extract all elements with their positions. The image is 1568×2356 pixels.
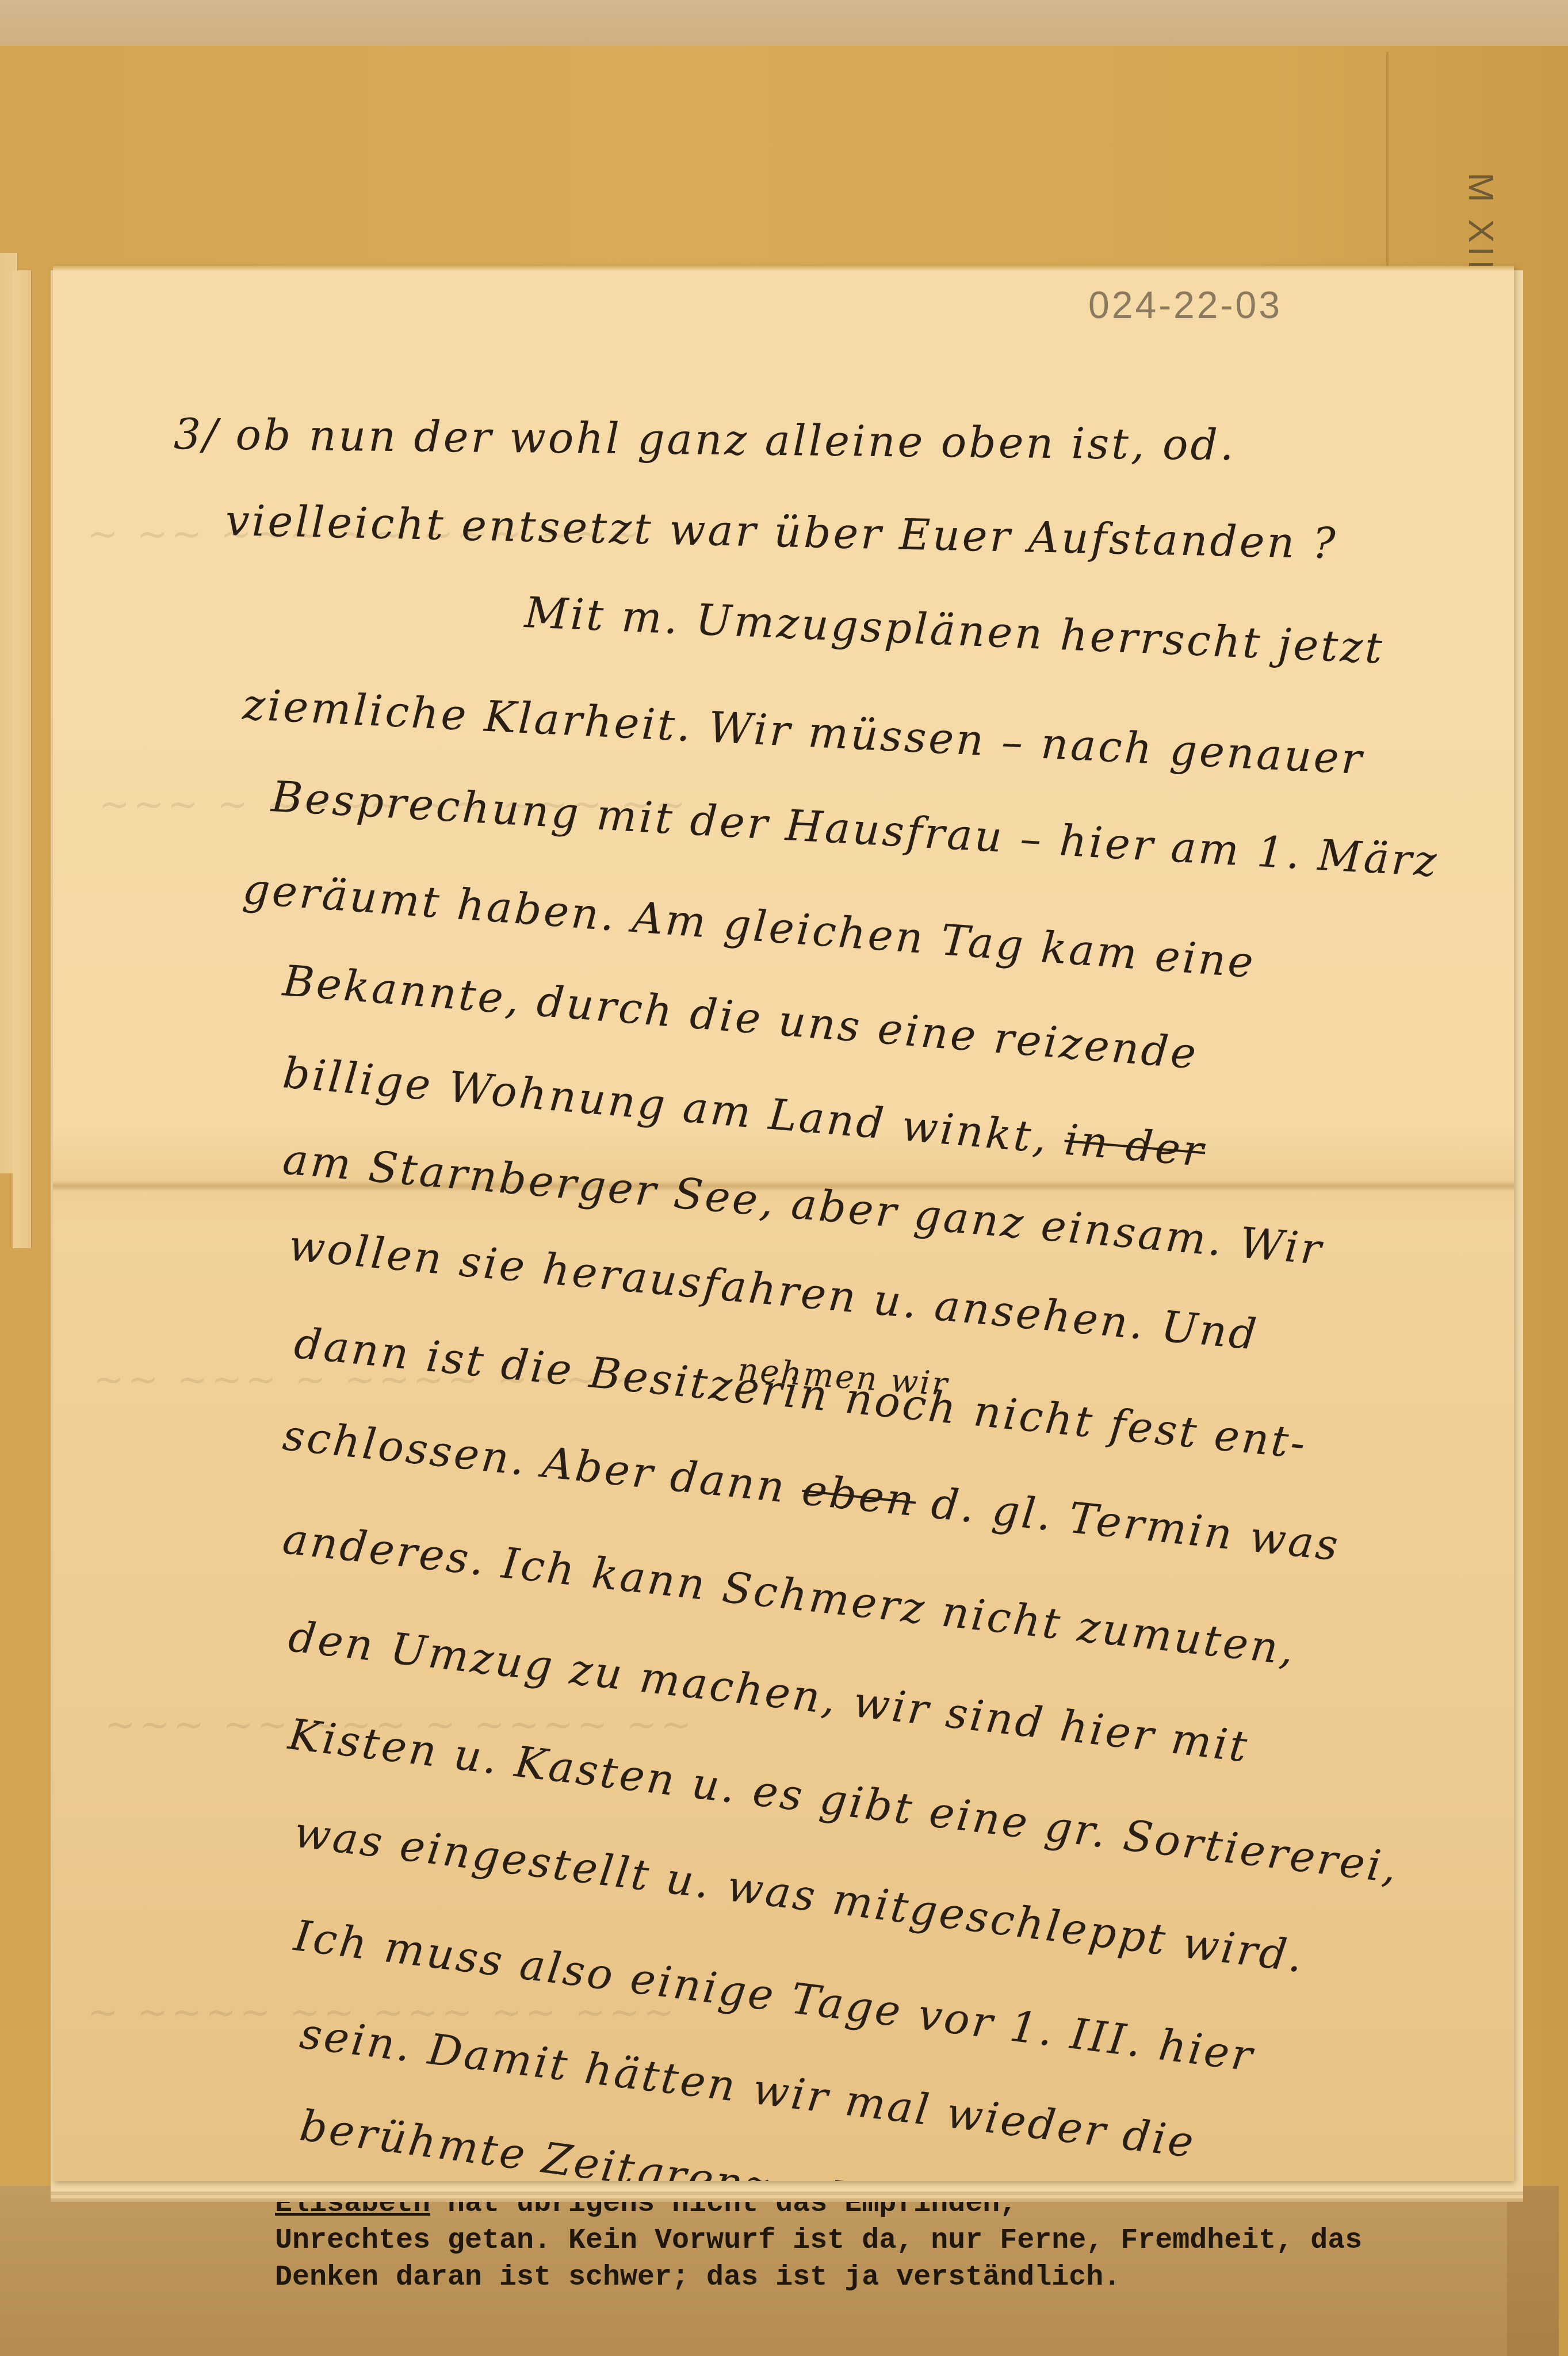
- typed-text: Elisabeth hat übrigens nicht das Empfind…: [275, 2186, 1362, 2296]
- hand-line-3: Mit m. Umzugsplänen herrscht jetzt: [523, 588, 1385, 674]
- hand-line-12-before: schlossen. Aber dann: [281, 1410, 789, 1513]
- typed-line-0-rest: hat übrigens nicht das Empfinden,: [430, 2187, 1017, 2220]
- typed-underlined-name: Elisabeth: [275, 2187, 430, 2220]
- stacked-page-edge: [13, 270, 32, 1248]
- handwritten-text: 3/ ob nun der wohl ganz alleine oben ist…: [53, 266, 1514, 2181]
- struck-text: eben: [800, 1465, 919, 1526]
- hand-line-5: Besprechung mit der Hausfrau – hier am 1…: [270, 772, 1440, 886]
- hand-line-2: vielleicht entsetzt war über Euer Aufsta…: [225, 496, 1338, 568]
- struck-text: in der: [1062, 1115, 1207, 1177]
- typed-line-2: Denken daran ist schwer; das ist ja vers…: [275, 2261, 1120, 2294]
- hand-line-12-after: d. gl. Termin was: [929, 1479, 1343, 1571]
- handwritten-letter-page: 024-22-03 ~ ~~ ~~~ ~~ ~~~ ~~~ ~~~ ~ ~~~~…: [53, 266, 1514, 2181]
- hand-line-1: 3/ ob nun der wohl ganz alleine oben ist…: [174, 410, 1236, 470]
- hand-line-4: ziemliche Klarheit. Wir müssen – nach ge…: [242, 680, 1365, 784]
- typed-line-1: Unrechtes getan. Kein Vorwurf ist da, nu…: [275, 2224, 1362, 2257]
- table-surface: [0, 0, 1568, 52]
